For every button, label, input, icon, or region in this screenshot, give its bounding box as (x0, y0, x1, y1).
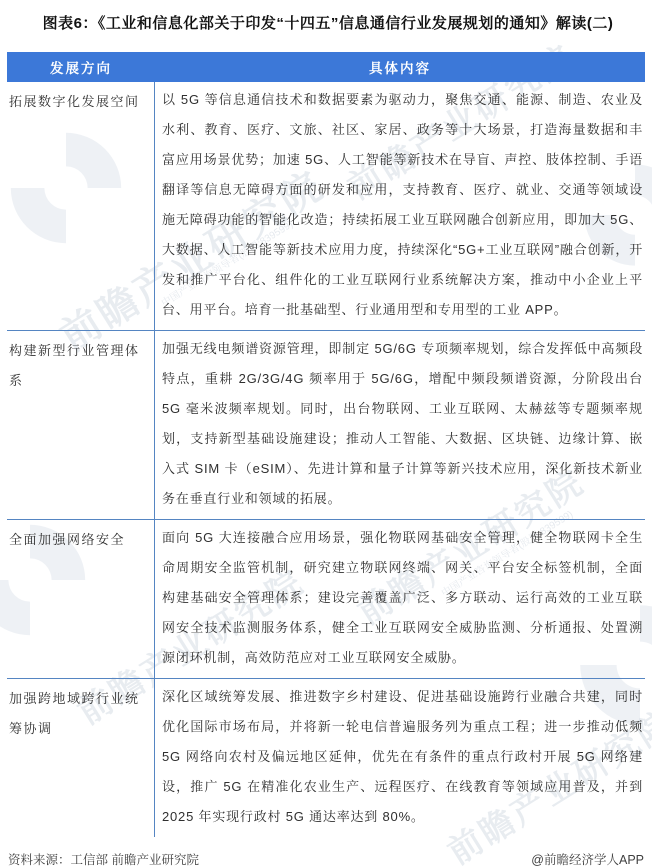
row-content: 加强无线电频谱资源管理，即制定 5G/6G 专项频率规划，综合发挥低中高频段特点… (155, 331, 645, 519)
table-header-row: 发展方向 具体内容 (7, 52, 645, 82)
row-direction: 加强跨地域跨行业统筹协调 (7, 679, 155, 837)
figure-title: 图表6：《工业和信息化部关于印发“十四五”信息通信行业发展规划的通知》解读(二) (0, 0, 652, 36)
figure-content: 图表6：《工业和信息化部关于印发“十四五”信息通信行业发展规划的通知》解读(二)… (0, 0, 652, 868)
table-row: 加强跨地域跨行业统筹协调 深化区域统筹发展、推进数字乡村建设、促进基础设施跨行业… (7, 678, 645, 837)
brand-note: @前瞻经济学人APP (531, 850, 644, 868)
header-direction: 发展方向 (7, 57, 155, 77)
row-content: 深化区域统筹发展、推进数字乡村建设、促进基础设施跨行业融合共建，同时优化国际市场… (155, 679, 645, 837)
source-note: 资料来源：工信部 前瞻产业研究院 (8, 850, 199, 868)
row-direction: 构建新型行业管理体系 (7, 331, 155, 519)
figure-footer: 资料来源：工信部 前瞻产业研究院 @前瞻经济学人APP (8, 850, 644, 868)
figure-page: 前瞻产业研究院 中国产业咨询领导者(股票:839599) 前瞻产业研究院 前瞻产… (0, 0, 652, 868)
table-row: 全面加强网络安全 面向 5G 大连接融合应用场景，强化物联网基础安全管理，健全物… (7, 519, 645, 678)
table-row: 构建新型行业管理体系 加强无线电频谱资源管理，即制定 5G/6G 专项频率规划，… (7, 330, 645, 519)
row-content: 以 5G 等信息通信技术和数据要素为驱动力，聚焦交通、能源、制造、农业及水利、教… (155, 82, 645, 330)
table-row: 拓展数字化发展空间 以 5G 等信息通信技术和数据要素为驱动力，聚焦交通、能源、… (7, 82, 645, 330)
row-content: 面向 5G 大连接融合应用场景，强化物联网基础安全管理，健全物联网卡全生命周期安… (155, 520, 645, 678)
row-direction: 全面加强网络安全 (7, 520, 155, 678)
header-content: 具体内容 (155, 57, 645, 77)
policy-table: 发展方向 具体内容 拓展数字化发展空间 以 5G 等信息通信技术和数据要素为驱动… (7, 52, 645, 837)
row-direction: 拓展数字化发展空间 (7, 82, 155, 330)
